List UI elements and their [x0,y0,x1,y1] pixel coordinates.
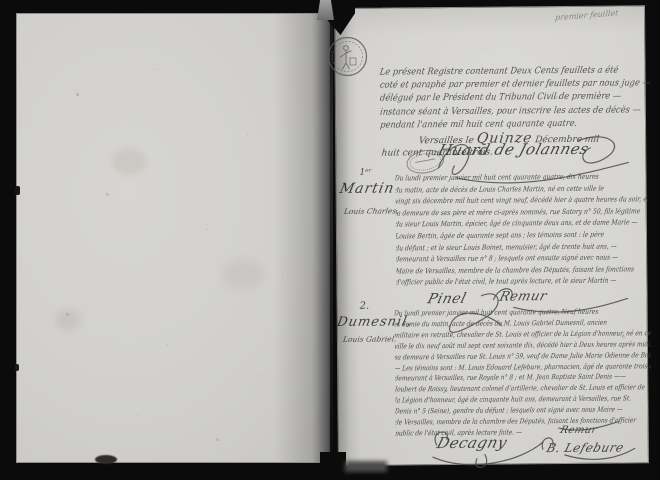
witness-signature: Pinel [425,288,463,307]
entry-body-1: Du lundi premier janvier mil huit cent q… [395,170,648,290]
document-scan: premier feuillet Le présent Registre con… [0,0,660,480]
signature-text: Decagny [435,433,509,452]
right-page: premier feuillet Le présent Registre con… [334,5,649,466]
witness-signature: Decagny [435,433,505,453]
signature-text: Pinel [426,291,469,307]
signature-text: B. Lefebure [545,440,626,455]
page-edge-mark [15,186,20,195]
signature-text: Huard de Jolannes [436,140,591,159]
entry-firstnames-2: Louis Gabriel. [342,334,397,343]
official-signature: Remur [497,285,544,304]
witness-signature: B. Lefebure [545,437,622,457]
binding-shadow [345,461,387,472]
paper-speckles [17,14,18,15]
round-archive-stamp-icon [327,36,368,77]
entry-surname-1: Martin [338,180,396,197]
page-edge-mark [15,364,19,371]
folio-annotation: premier feuillet [555,8,619,22]
signature-text: Remur [498,289,549,304]
paper-stain [55,309,81,331]
paper-stain [222,259,264,289]
certification-paragraph: Le présent Registre contenant Deux Cents… [381,64,644,132]
left-page [16,13,331,463]
ink-blot [95,455,117,464]
binding-gap-bottom [320,452,346,480]
judge-signature: Huard de Jolannes [436,139,586,159]
book-gutter-crease [330,10,333,462]
entry-firstnames-1: Louis Charles. [343,206,399,215]
entry-number-2: 2. [360,301,370,312]
entry-number-1: 1ᵉʳ [359,168,371,178]
paper-stain [112,149,146,175]
